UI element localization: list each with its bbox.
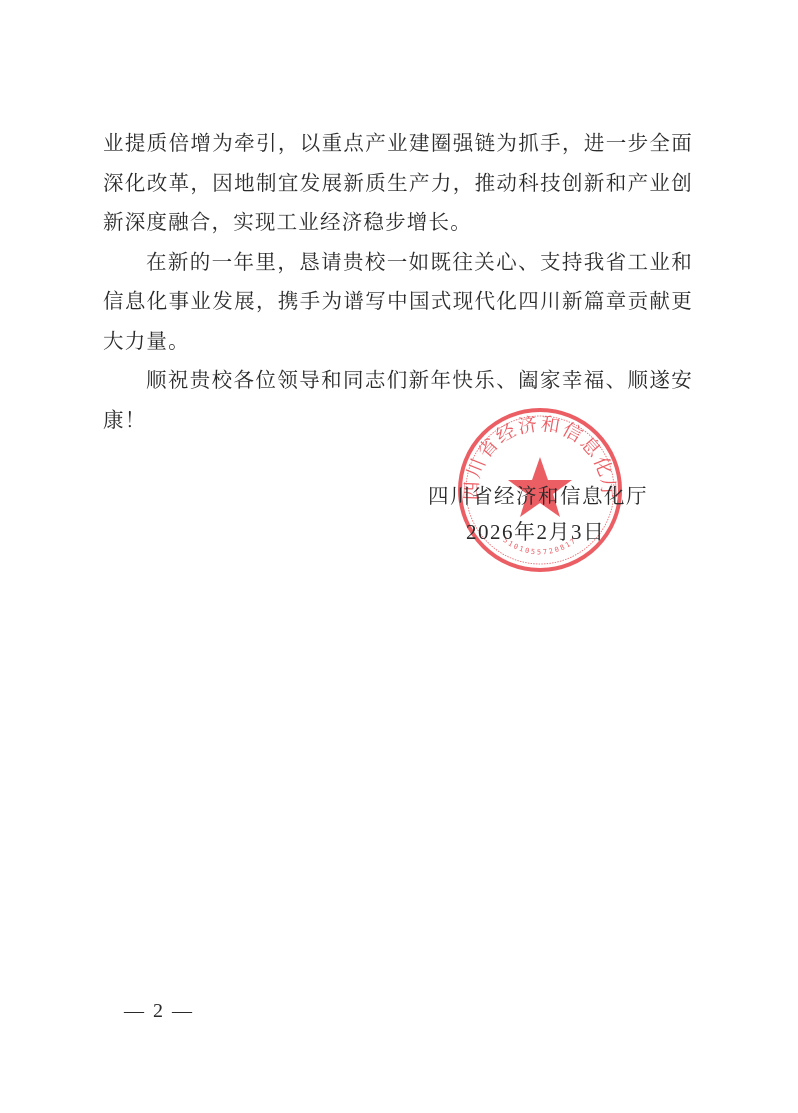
paragraph-continuation: 业提质倍增为牵引，以重点产业建圈强链为抓手，进一步全面深化改革，因地制宜发展新质… xyxy=(103,124,693,243)
paragraph-request: 在新的一年里，恳请贵校一如既往关心、支持我省工业和信息化事业发展，携手为谱写中国… xyxy=(103,243,693,362)
document-page: 业提质倍增为牵引，以重点产业建圈强链为抓手，进一步全面深化改革，因地制宜发展新质… xyxy=(0,0,798,1113)
signature-block: 四川省经济和信息化厅 2026年2月3日 xyxy=(428,478,668,550)
signature-organization: 四川省经济和信息化厅 xyxy=(428,478,668,514)
signature-date: 2026年2月3日 xyxy=(428,514,668,550)
page-number: — 2 — xyxy=(124,1000,194,1023)
letter-body: 业提质倍增为牵引，以重点产业建圈强链为抓手，进一步全面深化改革，因地制宜发展新质… xyxy=(103,124,693,440)
